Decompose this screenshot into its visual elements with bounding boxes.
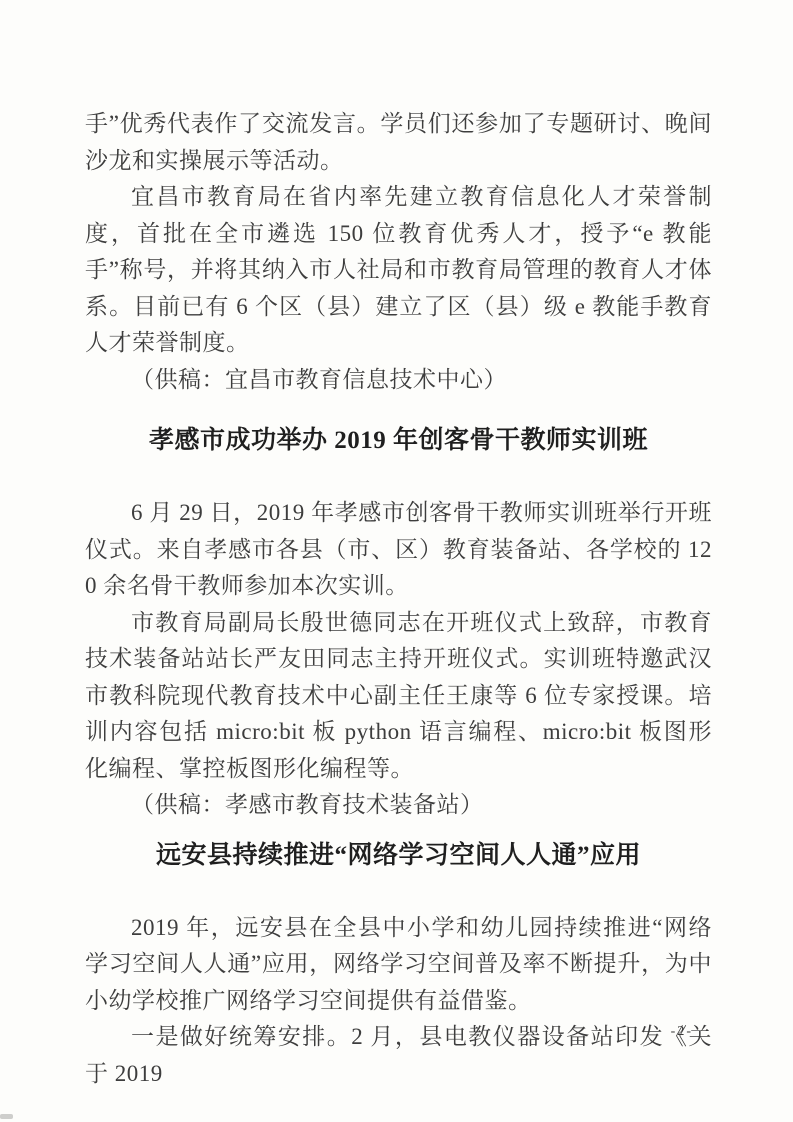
paragraph: 宜昌市教育局在省内率先建立教育信息化人才荣誉制度，首批在全市遴选 150 位教育… [85, 179, 712, 362]
paragraph: 2019 年，远安县在全县中小学和幼儿园持续推进“网络学习空间人人通”应用，网络… [85, 910, 712, 1020]
document-page: 手”优秀代表作了交流发言。学员们还参加了专题研讨、晚间沙龙和实操展示等活动。 宜… [0, 0, 793, 1122]
paragraph: 6 月 29 日，2019 年孝感市创客骨干教师实训班举行开班仪式。来自孝感市各… [85, 495, 712, 605]
paragraph: 市教育局副局长殷世德同志在开班仪式上致辞，市教育技术装备站站长严友田同志主持开班… [85, 605, 712, 788]
article-xiaogan-training: 孝感市成功举办 2019 年创客骨干教师实训班 6 月 29 日，2019 年孝… [85, 420, 712, 824]
paragraph-truncated: 一是做好统筹安排。2 月，县电教仪器设备站印发《关于 2019 [85, 1019, 712, 1092]
article-continuation: 手”优秀代表作了交流发言。学员们还参加了专题研讨、晚间沙龙和实操展示等活动。 宜… [85, 106, 712, 398]
article-title: 孝感市成功举办 2019 年创客骨干教师实训班 [85, 420, 712, 462]
scan-smudge [0, 1114, 13, 1119]
page-content: 手”优秀代表作了交流发言。学员们还参加了专题研讨、晚间沙龙和实操展示等活动。 宜… [85, 106, 712, 1092]
credit-line: （供稿：孝感市教育技术装备站） [85, 787, 712, 824]
page-number: -2- [671, 1024, 693, 1040]
credit-line: （供稿：宜昌市教育信息技术中心） [85, 362, 712, 399]
paragraph-continuation: 手”优秀代表作了交流发言。学员们还参加了专题研讨、晚间沙龙和实操展示等活动。 [85, 106, 712, 179]
article-title: 远安县持续推进“网络学习空间人人通”应用 [85, 835, 712, 877]
article-yuanan-network-space: 远安县持续推进“网络学习空间人人通”应用 2019 年，远安县在全县中小学和幼儿… [85, 835, 712, 1093]
